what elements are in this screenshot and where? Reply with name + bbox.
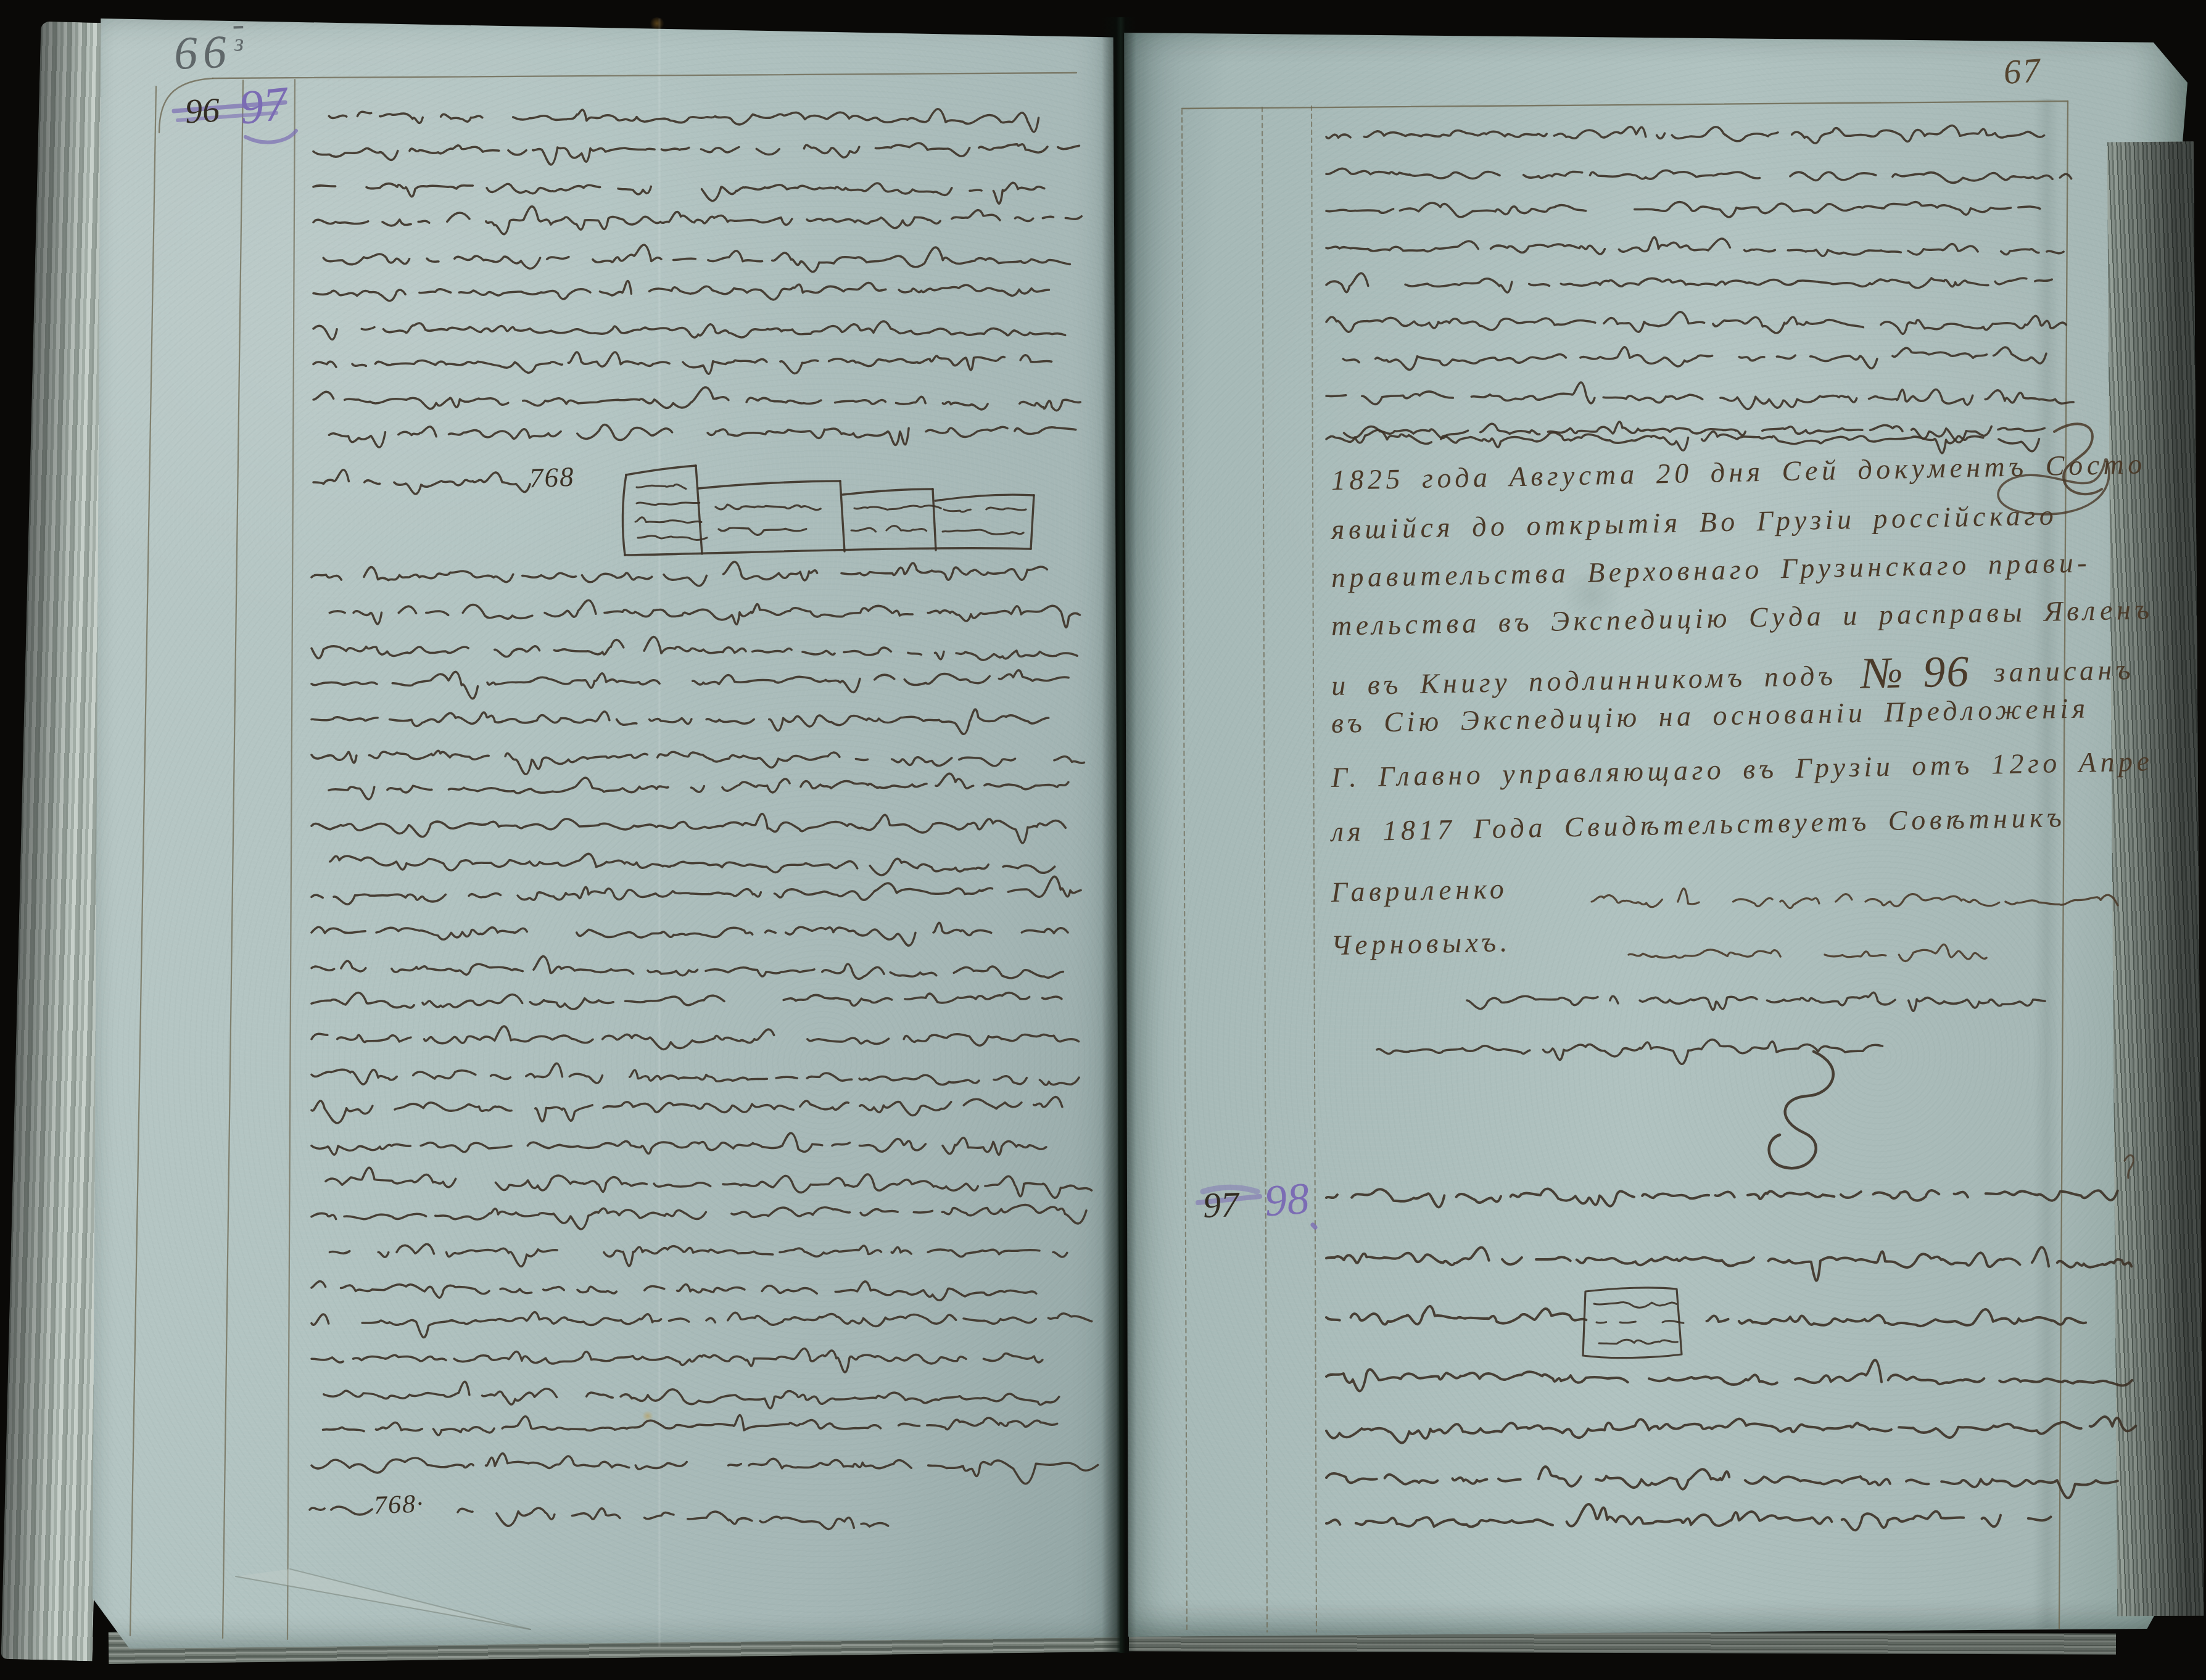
table-border <box>1031 495 1034 549</box>
handwritten-text-line <box>1326 125 2044 143</box>
table-border <box>843 489 933 495</box>
handwritten-text-line <box>313 470 530 494</box>
handwritten-text-line <box>310 1507 372 1515</box>
handwritten-text-line <box>1326 1504 2051 1530</box>
handwritten-text-line <box>313 183 1059 204</box>
handwritten-text-line <box>312 1205 1086 1229</box>
handwritten-text-line <box>323 245 1070 272</box>
folio-left-value: 66 <box>173 26 233 80</box>
handwritten-text-line <box>313 321 1065 340</box>
handwritten-text-line <box>1377 1040 1899 1064</box>
margin-mark <box>2125 1155 2133 1178</box>
handwritten-text-line <box>312 751 1084 774</box>
handwritten-text-line <box>851 525 938 532</box>
handwritten-text-line <box>1326 202 2040 217</box>
reference-number: № 96 <box>1861 646 1970 698</box>
handwritten-text-line <box>1326 237 2063 256</box>
margin-rule-dotted <box>1182 110 1187 1632</box>
handwritten-text-line <box>943 530 1023 534</box>
handwritten-text-line <box>326 1167 1092 1198</box>
right-edge-rule <box>2059 101 2068 1628</box>
handwritten-text-line <box>1326 273 2052 292</box>
handwritten-text-line <box>635 517 701 523</box>
handwritten-text-line <box>1592 889 2118 908</box>
handwritten-text-line <box>1629 944 1986 961</box>
handwritten-text-line <box>312 1454 1098 1484</box>
handwritten-text-line <box>313 143 1080 165</box>
handwritten-text-line <box>854 506 941 510</box>
closing-number-768: 768· <box>373 1489 424 1521</box>
handwritten-text-line <box>312 993 1062 1010</box>
handwritten-text-line <box>638 536 707 540</box>
handwritten-text-line <box>1594 1303 1676 1308</box>
handwritten-text-line <box>1326 1467 2133 1498</box>
handwritten-text-line <box>329 109 1038 132</box>
handwritten-text-line <box>637 503 700 505</box>
entry-number-old-right: 97 <box>1202 1184 1239 1226</box>
margin-rule <box>130 86 156 1636</box>
table-divider <box>840 481 845 551</box>
handwritten-text-line <box>1707 1309 2086 1326</box>
handwritten-text-line <box>1326 1417 2136 1443</box>
handwriting-and-rules-layer <box>0 0 2206 1680</box>
top-rule-left-page <box>213 73 1076 78</box>
margin-rule <box>223 80 243 1638</box>
handwritten-text-line <box>312 814 1065 843</box>
handwritten-text-line <box>312 1348 1071 1372</box>
handwritten-text-line <box>1326 382 2073 409</box>
handwritten-text-line <box>944 508 1026 512</box>
table-divider <box>933 489 936 550</box>
table-border <box>626 466 696 475</box>
inline-number-768: 768 <box>529 461 575 495</box>
number-line-post: записанъ <box>1994 654 2135 688</box>
handwritten-text-line <box>312 637 1077 661</box>
handwritten-text-line <box>1326 312 2066 334</box>
handwritten-text-line <box>313 281 1049 301</box>
entry-number-old-left: 96 <box>184 91 220 132</box>
handwritten-text-line <box>323 1415 1057 1436</box>
top-rule-right-page <box>1182 101 2068 109</box>
handwritten-text-line <box>313 352 1052 374</box>
handwritten-text-line <box>330 854 1055 875</box>
purple-period <box>1313 1225 1315 1227</box>
handwritten-text-line <box>1343 347 2046 370</box>
handwritten-text-line <box>312 1312 1092 1337</box>
handwritten-text-line <box>312 562 1047 586</box>
number-line-pre: и въ Книгу подлинникомъ подъ <box>1331 660 1837 701</box>
table-border <box>935 495 1034 501</box>
paper-fold <box>236 1569 531 1629</box>
entry-number-new-left: 97 <box>237 75 291 136</box>
russian-line: Гавриленко <box>1331 872 1508 908</box>
table-border <box>698 481 840 488</box>
handwritten-text-line <box>312 1063 1079 1085</box>
handwritten-text-line <box>312 1133 1046 1155</box>
table-border <box>622 475 626 555</box>
book-spread: 66з 96 97 67 97 98 768 768· 1825 года Ав… <box>0 0 2206 1680</box>
handwritten-text-line <box>312 876 1081 904</box>
handwritten-text-line <box>312 1026 1079 1049</box>
handwritten-text-line <box>716 504 820 509</box>
handwritten-text-line <box>329 773 1068 799</box>
fold-crease <box>290 1569 531 1629</box>
handwritten-text-line <box>1326 1360 2132 1391</box>
handwritten-text-line <box>313 387 1080 411</box>
entry-number-new-right: 98 <box>1263 1173 1311 1227</box>
handwritten-text-line <box>312 1281 1049 1300</box>
handwritten-text-line <box>312 1097 1062 1123</box>
handwritten-text-line <box>1467 992 2045 1011</box>
folio-number-left: 66з <box>173 25 246 81</box>
handwritten-text-line <box>329 425 1075 448</box>
handwritten-text-line <box>1597 1320 1683 1323</box>
handwritten-text-line <box>1326 1306 1586 1325</box>
margin-rule <box>287 80 295 1639</box>
folio-left-superscript: з <box>234 28 244 57</box>
handwritten-text-line <box>312 670 1068 699</box>
handwritten-text-line <box>719 528 830 535</box>
handwritten-text-line <box>458 1508 888 1529</box>
fold-crease <box>236 1576 531 1629</box>
handwritten-text-line <box>313 207 1081 234</box>
handwritten-text-line <box>329 600 1080 627</box>
handwritten-text-line <box>1599 1340 1677 1344</box>
handwritten-text-line <box>637 485 701 489</box>
folio-number-right: 67 <box>2002 51 2043 93</box>
signature-flourish <box>1769 1052 1833 1168</box>
handwritten-text-line <box>330 1244 1067 1266</box>
russian-line: Черновыхъ. <box>1331 925 1511 961</box>
handwritten-text-line <box>312 956 1063 979</box>
handwritten-text-line <box>1326 1247 2131 1280</box>
handwritten-text-line <box>1326 168 2072 183</box>
handwritten-text-line <box>312 923 1068 945</box>
handwritten-text-line <box>312 709 1049 734</box>
margin-rule-dotted <box>1262 107 1267 1632</box>
table-border <box>625 548 1031 555</box>
handwritten-text-line <box>324 1381 1059 1408</box>
handwritten-text-line <box>1326 1189 2118 1208</box>
margin-rule-dotted <box>1312 106 1316 1632</box>
